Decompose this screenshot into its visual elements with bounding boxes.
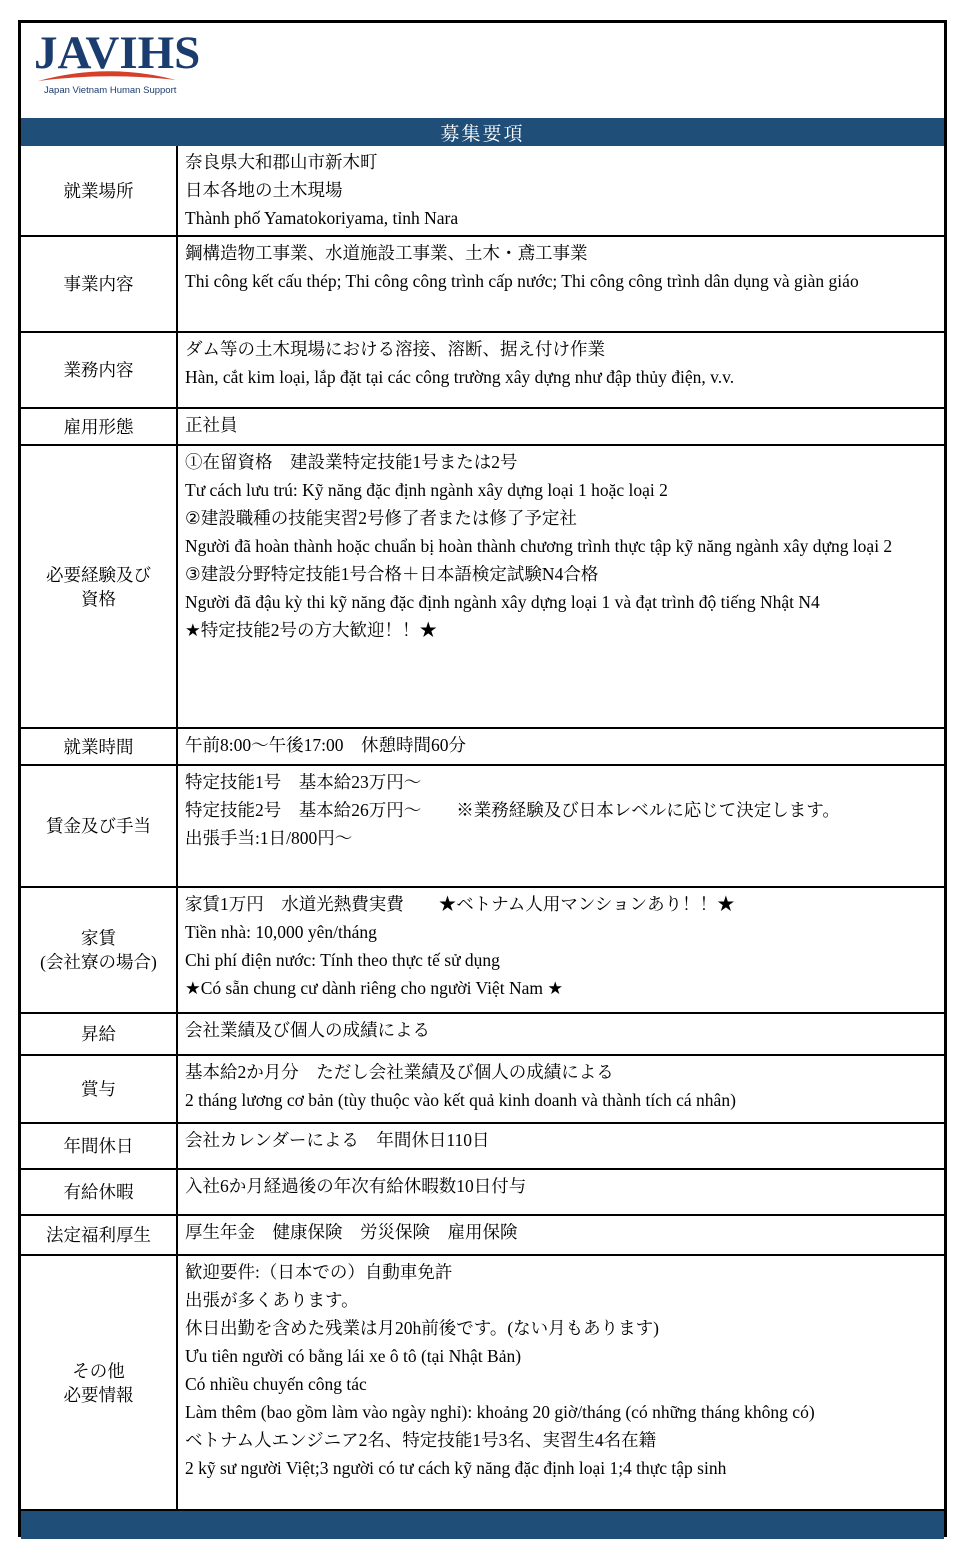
logo-header: JAVIHS Japan Vietnam Human Support xyxy=(21,23,944,118)
recruitment-table: 就業場所 奈良県大和郡山市新木町 日本各地の土木現場 Thành phố Yam… xyxy=(21,146,944,1509)
table-row-annual-holidays: 年間休日 会社カレンダーによる 年間休日110日 xyxy=(21,1124,944,1170)
row-content: 入社6か月経過後の年次有給休暇数10日付与 xyxy=(178,1170,944,1214)
row-content: 基本給2か月分 ただし会社業績及び個人の成績による 2 tháng lương … xyxy=(178,1056,944,1122)
row-content: 特定技能1号 基本給23万円～ 特定技能2号 基本給26万円～ ※業務経験及び日… xyxy=(178,766,944,886)
footer-bar xyxy=(21,1509,944,1539)
document-title: 募集要項 xyxy=(440,119,524,146)
table-row-working-hours: 就業時間 午前8:00～午後17:00 休憩時間60分 xyxy=(21,729,944,766)
row-label: その他 必要情報 xyxy=(21,1256,178,1509)
row-label: 事業内容 xyxy=(21,237,178,331)
document-title-bar: 募集要項 xyxy=(21,118,944,146)
row-content: 厚生年金 健康保険 労災保険 雇用保険 xyxy=(178,1216,944,1254)
row-label: 賃金及び手当 xyxy=(21,766,178,886)
row-content: ダム等の土木現場における溶接、溶断、据え付け作業 Hàn, cắt kim lo… xyxy=(178,333,944,407)
logo-wordmark: JAVIHS xyxy=(34,29,184,77)
row-label: 業務内容 xyxy=(21,333,178,407)
row-label: 就業時間 xyxy=(21,729,178,764)
row-label: 就業場所 xyxy=(21,146,178,235)
logo-tagline: Japan Vietnam Human Support xyxy=(44,85,184,96)
row-content: 午前8:00～午後17:00 休憩時間60分 xyxy=(178,729,944,764)
row-content: 奈良県大和郡山市新木町 日本各地の土木現場 Thành phố Yamatoko… xyxy=(178,146,944,235)
row-content: 会社カレンダーによる 年間休日110日 xyxy=(178,1124,944,1168)
row-label: 賞与 xyxy=(21,1056,178,1122)
row-label: 雇用形態 xyxy=(21,409,178,444)
table-row-bonus: 賞与 基本給2か月分 ただし会社業績及び個人の成績による 2 tháng lươ… xyxy=(21,1056,944,1124)
row-label: 有給休暇 xyxy=(21,1170,178,1214)
table-row-salary-raise: 昇給 会社業績及び個人の成績による xyxy=(21,1014,944,1056)
row-label: 必要経験及び 資格 xyxy=(21,446,178,727)
table-row-required-experience: 必要経験及び 資格 ①在留資格 建設業特定技能1号または2号 Tư cách l… xyxy=(21,446,944,729)
row-content: 会社業績及び個人の成績による xyxy=(178,1014,944,1054)
row-label: 法定福利厚生 xyxy=(21,1216,178,1254)
recruitment-sheet: JAVIHS Japan Vietnam Human Support 募集要項 … xyxy=(18,20,947,1537)
javihs-logo: JAVIHS Japan Vietnam Human Support xyxy=(34,29,184,96)
table-row-wages-allowances: 賃金及び手当 特定技能1号 基本給23万円～ 特定技能2号 基本給26万円～ ※… xyxy=(21,766,944,888)
row-label: 年間休日 xyxy=(21,1124,178,1168)
table-row-paid-leave: 有給休暇 入社6か月経過後の年次有給休暇数10日付与 xyxy=(21,1170,944,1216)
row-content: 歓迎要件:（日本での）自動車免許 出張が多くあります。 休日出勤を含めた残業は月… xyxy=(178,1256,944,1509)
table-row-rent: 家賃 (会社寮の場合) 家賃1万円 水道光熱費実費 ★ベトナム人用マンションあり… xyxy=(21,888,944,1014)
row-content: 正社員 xyxy=(178,409,944,444)
table-row-job-description: 業務内容 ダム等の土木現場における溶接、溶断、据え付け作業 Hàn, cắt k… xyxy=(21,333,944,409)
row-content: 家賃1万円 水道光熱費実費 ★ベトナム人用マンションあり！！★ Tiền nhà… xyxy=(178,888,944,1012)
row-content: ①在留資格 建設業特定技能1号または2号 Tư cách lưu trú: Kỹ… xyxy=(178,446,944,727)
table-row-statutory-benefits: 法定福利厚生 厚生年金 健康保険 労災保険 雇用保険 xyxy=(21,1216,944,1256)
table-row-employment-type: 雇用形態 正社員 xyxy=(21,409,944,446)
row-content: 鋼構造物工事業、水道施設工事業、土木・鳶工事業 Thi công kết cấu… xyxy=(178,237,944,331)
row-label: 家賃 (会社寮の場合) xyxy=(21,888,178,1012)
table-row-business-description: 事業内容 鋼構造物工事業、水道施設工事業、土木・鳶工事業 Thi công kế… xyxy=(21,237,944,333)
table-row-workplace: 就業場所 奈良県大和郡山市新木町 日本各地の土木現場 Thành phố Yam… xyxy=(21,146,944,237)
row-label: 昇給 xyxy=(21,1014,178,1054)
table-row-other-info: その他 必要情報 歓迎要件:（日本での）自動車免許 出張が多くあります。 休日出… xyxy=(21,1256,944,1509)
